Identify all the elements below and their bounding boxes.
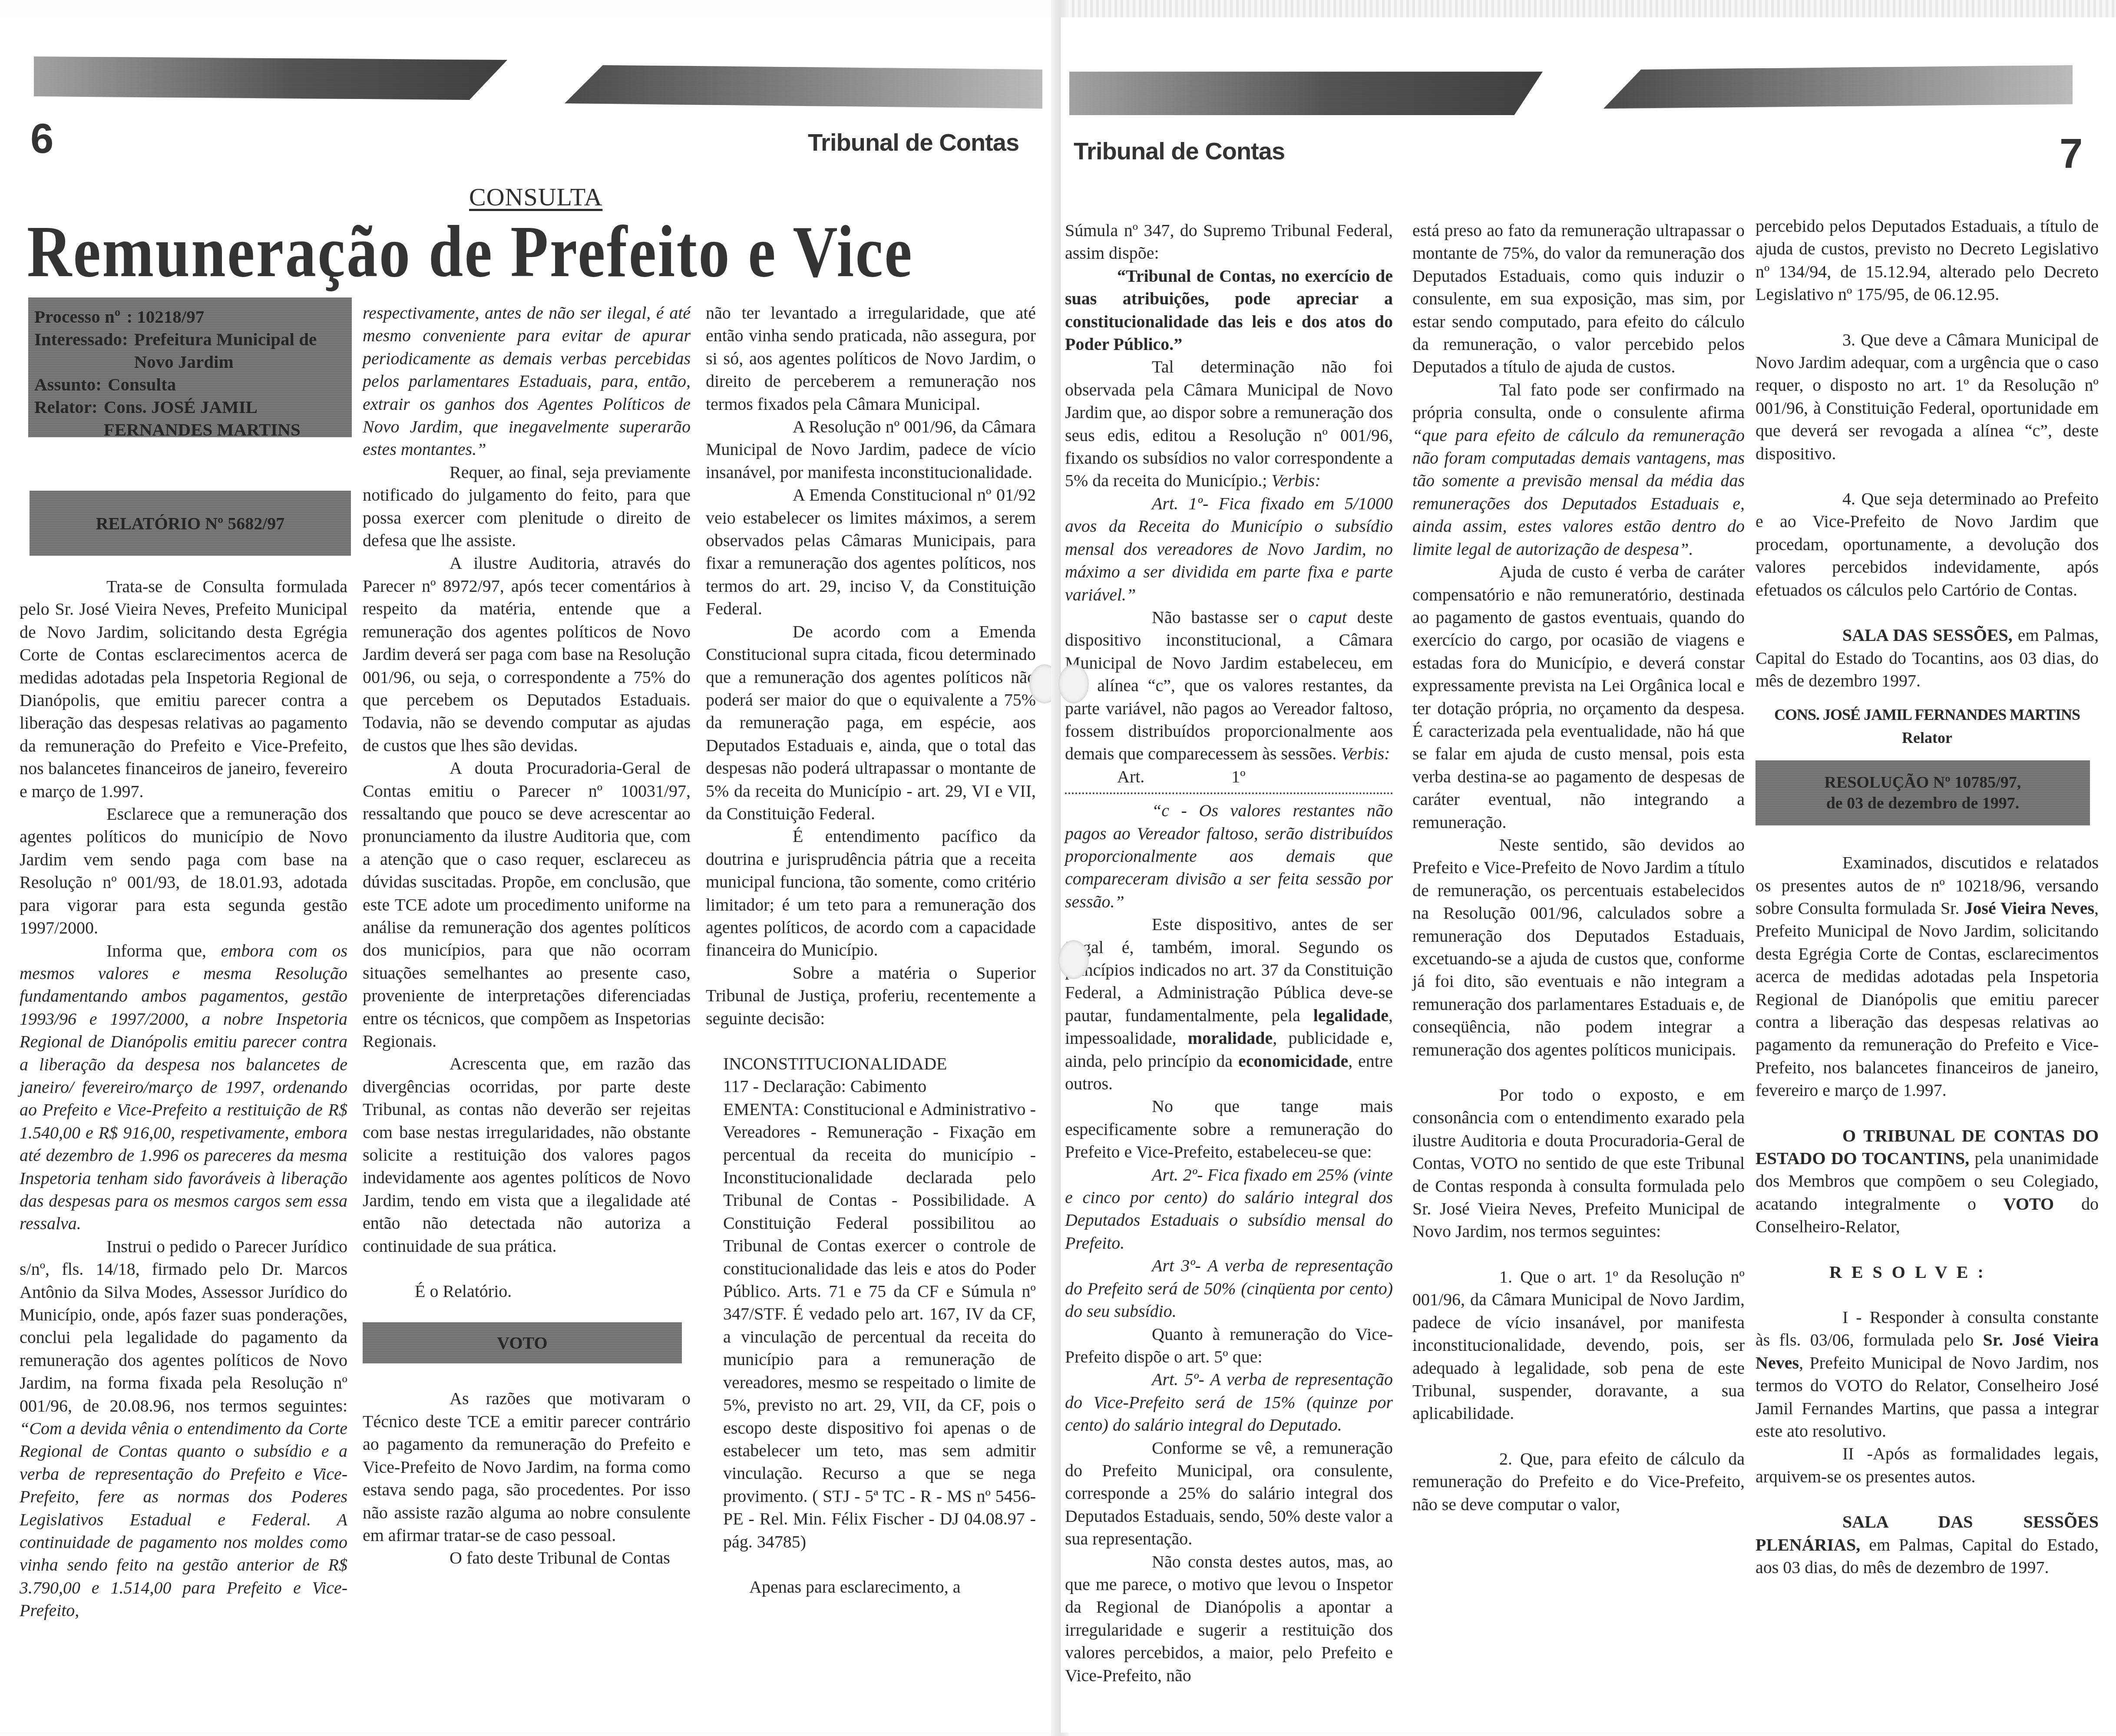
page-number: 6 bbox=[30, 115, 53, 163]
voto-item-3: 3. Que deve a Câmara Municipal de Novo J… bbox=[1756, 329, 2099, 465]
paragraph: O fato deste Tribunal de Contas bbox=[363, 1547, 691, 1569]
paragraph: Esclarece que a remuneração dos agentes … bbox=[20, 803, 347, 939]
paragraph: Trata-se de Consulta formulada pelo Sr. … bbox=[20, 575, 347, 803]
page6-column-1: Trata-se de Consulta formulada pelo Sr. … bbox=[20, 575, 347, 1622]
paragraph: As razões que motivaram o Técnico deste … bbox=[363, 1387, 691, 1547]
session-line: SALA DAS SESSÕES, em Palmas, Capital do … bbox=[1756, 624, 2099, 692]
headline: Remuneração de Prefeito e Vice bbox=[27, 213, 881, 290]
quoted-article: Art 3º- A verba de representação do Pref… bbox=[1065, 1254, 1393, 1323]
voto-item-2-cont: percebido pelos Deputados Estaduais, a t… bbox=[1756, 215, 2099, 306]
ementa-block: INCONSTITUCIONALIDADE 117 - Declaração: … bbox=[706, 1053, 1036, 1553]
sumula-quote: “Tribunal de Contas, no exercício de sua… bbox=[1065, 265, 1393, 356]
voto-item-4: 4. Que seja determinado ao Prefeito e ao… bbox=[1756, 488, 2099, 601]
header-bar-right bbox=[1604, 65, 2073, 109]
quoted-article: Art. 5º- A verba de representação do Vic… bbox=[1065, 1368, 1393, 1436]
page7-column-3: percebido pelos Deputados Estaduais, a t… bbox=[1756, 215, 2099, 1579]
paragraph: Sobre a matéria o Superior Tribunal de J… bbox=[706, 962, 1036, 1030]
signature-name: CONS. JOSÉ JAMIL FERNANDES MARTINS bbox=[1756, 703, 2099, 726]
closing-line: É o Relatório. bbox=[363, 1280, 691, 1303]
paragraph: Apenas para esclarecimento, a bbox=[706, 1576, 1036, 1598]
quote-continuation: respectivamente, antes de não ser ilegal… bbox=[363, 302, 691, 461]
voto-banner: VOTO bbox=[363, 1322, 682, 1363]
page6-column-3: não ter levantado a irregularidade, que … bbox=[706, 302, 1036, 1598]
quoted-article: Art. 1º- Fica fixado em 5/1000 avos da R… bbox=[1065, 492, 1393, 606]
paragraph: A Emenda Constitucional nº 01/92 veio es… bbox=[706, 484, 1036, 620]
paragraph: Instrui o pedido o Parecer Jurídico s/nº… bbox=[20, 1235, 347, 1622]
header-bar-left bbox=[34, 56, 507, 100]
info-row-processo: Processo nº : 10218/97 bbox=[34, 305, 346, 328]
punch-hole bbox=[1058, 664, 1089, 703]
paragraph: É entendimento pacífico da doutrina e ju… bbox=[706, 825, 1036, 961]
scan-edge bbox=[1060, 0, 2116, 17]
paragraph: De acordo com a Emenda Constitucional su… bbox=[706, 620, 1036, 825]
page-6: 6 Tribunal de Contas CONSULTA Remuneraçã… bbox=[0, 17, 1060, 1733]
resolve-heading: R E S O L V E : bbox=[1756, 1261, 2099, 1284]
page-number: 7 bbox=[2060, 130, 2083, 178]
page7-column-2: está preso ao fato da remuneração ultrap… bbox=[1412, 219, 1745, 1516]
paragraph: Acrescenta que, em razão das divergência… bbox=[363, 1053, 691, 1257]
section-kicker: CONSULTA bbox=[469, 182, 602, 211]
signature-role: Relator bbox=[1756, 726, 2099, 749]
page-7: Tribunal de Contas 7 Súmula nº 347, do S… bbox=[1060, 17, 2116, 1733]
voto-item-1: 1. Que o art. 1º da Resolução nº 001/96,… bbox=[1412, 1266, 1745, 1425]
relatorio-banner: RELATÓRIO Nº 5682/97 bbox=[30, 491, 351, 556]
running-head: Tribunal de Contas bbox=[808, 128, 1019, 156]
paragraph: A douta Procuradoria-Geral de Contas emi… bbox=[363, 757, 691, 1053]
header-bar-right bbox=[565, 65, 1042, 109]
paragraph: A ilustre Auditoria, através do Parecer … bbox=[363, 552, 691, 757]
dotted-separator bbox=[1065, 788, 1393, 794]
paragraph: não ter levantado a irregularidade, que … bbox=[706, 302, 1036, 416]
punch-hole bbox=[1058, 940, 1089, 979]
case-info-box: Processo nº : 10218/97 Interessado: Pref… bbox=[28, 297, 352, 437]
paragraph: A Resolução nº 001/96, da Câmara Municip… bbox=[706, 416, 1036, 484]
paragraph: Requer, ao final, seja previamente notif… bbox=[363, 461, 691, 552]
quoted-alinea: “c - Os valores restantes não pagos ao V… bbox=[1065, 799, 1393, 913]
page7-column-1: Súmula nº 347, do Supremo Tribunal Feder… bbox=[1065, 219, 1393, 1687]
paragraph: Informa que, embora com os mesmos valore… bbox=[20, 940, 347, 1235]
header-bar-left bbox=[1069, 72, 1543, 115]
page6-column-2: respectivamente, antes de não ser ilegal… bbox=[363, 302, 691, 1570]
plenary-session-line: SALA DAS SESSÕES PLENÁRIAS, em Palmas, C… bbox=[1756, 1511, 2099, 1579]
running-head: Tribunal de Contas bbox=[1074, 137, 1285, 165]
resolucao-banner: RESOLUÇÃO Nº 10785/97, de 03 de dezembro… bbox=[1756, 760, 2090, 825]
info-row-assunto: Assunto: Consulta bbox=[34, 373, 346, 396]
info-row-interessado: Interessado: Prefeitura Municipal de Nov… bbox=[34, 328, 346, 373]
info-row-relator: Relator: Cons. JOSÉ JAMIL FERNANDES MART… bbox=[34, 396, 346, 441]
quoted-article: Art. 2º- Fica fixado em 25% (vinte e cin… bbox=[1065, 1164, 1393, 1255]
voto-item-2: 2. Que, para efeito de cálculo da remune… bbox=[1412, 1448, 1745, 1516]
